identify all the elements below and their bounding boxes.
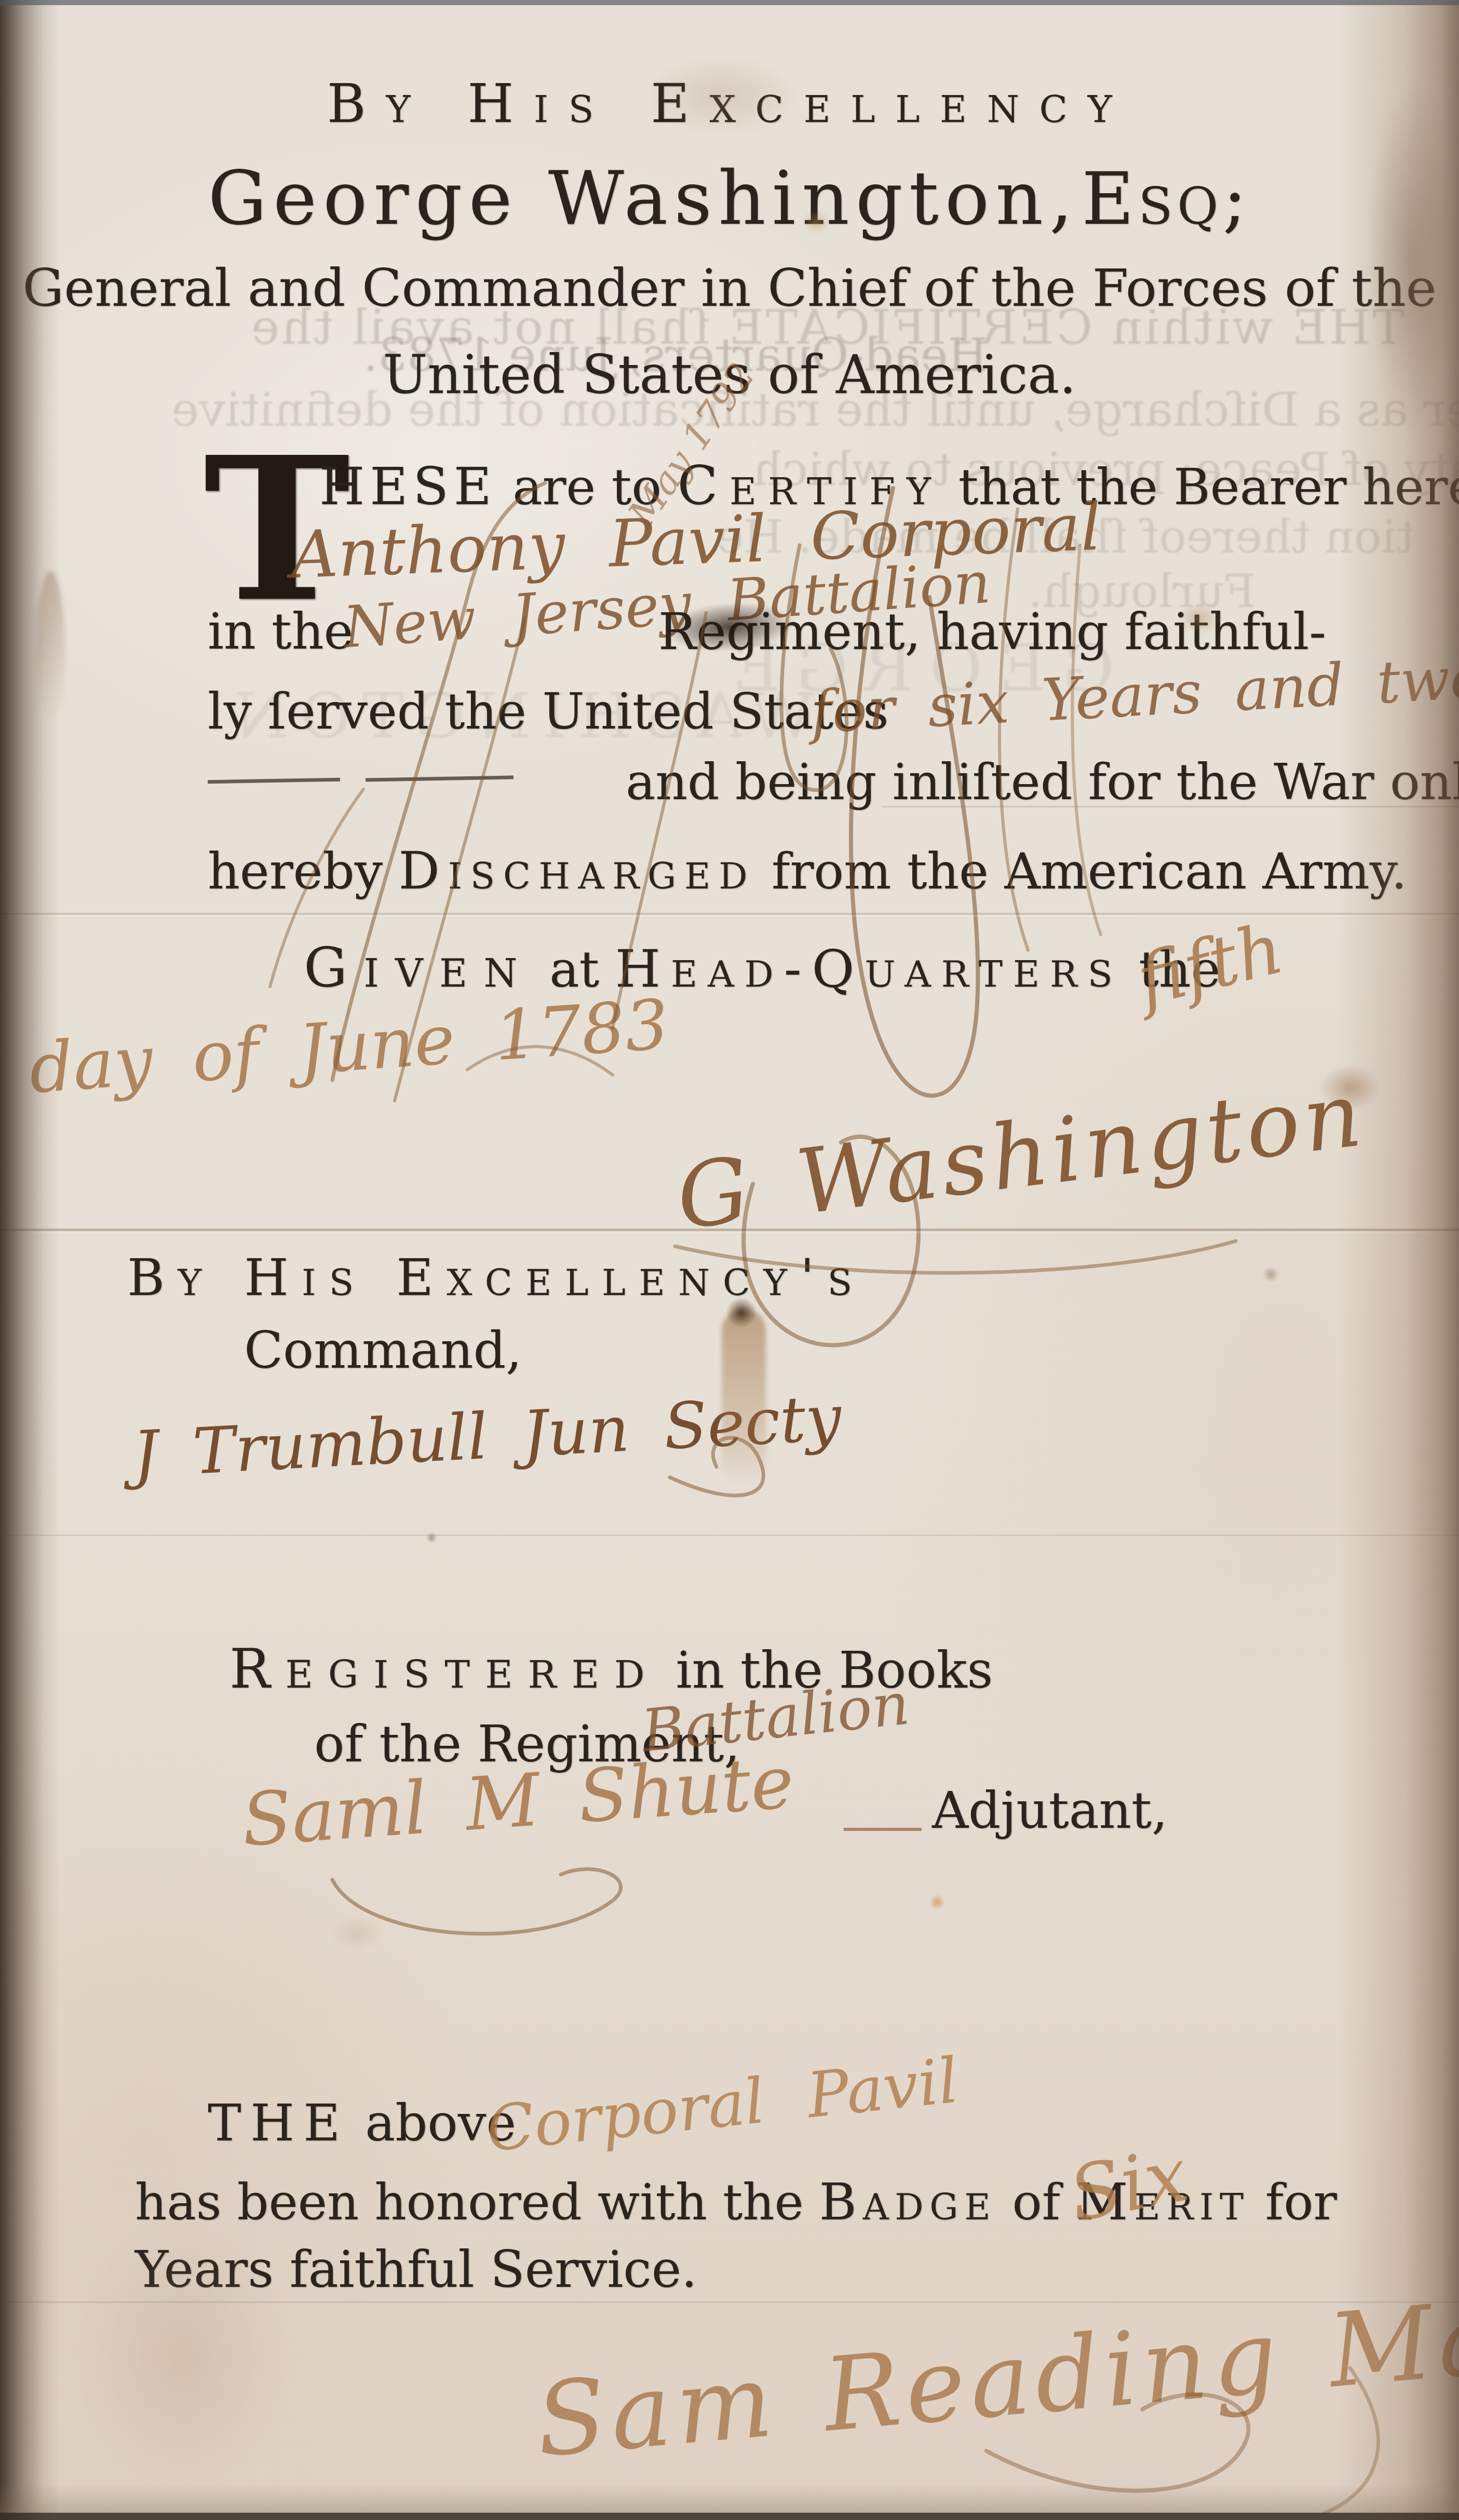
fold-crease	[0, 1534, 1459, 1536]
heading-george-washington: George Washington, Esq;	[0, 162, 1459, 236]
fill-in-rule	[366, 776, 514, 782]
handwritten-rank-name: Corporal Pavil	[483, 2050, 961, 2162]
heading-name: George Washington,	[208, 156, 1079, 241]
small-spot	[1262, 1267, 1280, 1282]
certify-head: HESE	[319, 456, 497, 517]
given-hq: Head-Quarters	[615, 938, 1123, 999]
faint-spot	[332, 1916, 382, 1950]
washington-signature: G Washington	[672, 1069, 1370, 1242]
handwritten-date-line: day of June 1783	[27, 990, 671, 1103]
page-edge-right-shadow	[1366, 78, 1459, 441]
the-word: THE	[208, 2094, 349, 2152]
orange-fleck	[929, 1894, 945, 1910]
for-word: for	[1250, 2174, 1337, 2231]
fleck	[426, 1532, 437, 1543]
discharge-certificate-document: Head-Quarters, June 1783. THE within CER…	[0, 0, 1459, 2520]
by-his-excellencys-line: By His Excellency's	[127, 1252, 866, 1303]
signature-dash	[844, 1828, 922, 1831]
page-edge-bottom-fade	[0, 2484, 1459, 2513]
served-line: ly ſerved the United States	[208, 686, 888, 736]
command-label: Command,	[244, 1325, 522, 1376]
discharged-line: hereby Discharged from the American Army…	[208, 845, 1407, 897]
page-edge-left	[0, 0, 60, 2520]
fill-in-rule	[208, 778, 340, 784]
discharged-pre: hereby	[208, 842, 399, 900]
secretary-signature: J Trumbull Jun Secty	[131, 1386, 843, 1486]
discharged-tail: from the American Army.	[755, 842, 1407, 900]
badge-word: Badge	[819, 2173, 996, 2232]
adjutant-label: Adjutant,	[932, 1785, 1168, 1836]
discharged-word: Discharged	[399, 841, 756, 901]
given-line: Given at Head-Quarters the	[304, 941, 1220, 995]
page-edge-top	[0, 0, 1459, 5]
in-the-label: in the	[208, 607, 353, 656]
service-line: Years faithful Service.	[135, 2244, 697, 2295]
handwritten-years-count: Six	[1063, 2137, 1194, 2233]
honored-pre: has been honored with the	[135, 2174, 819, 2231]
given-word: Given	[304, 936, 534, 1000]
registered-word: Registered	[229, 1637, 660, 1701]
the-above-line: THE above	[208, 2098, 516, 2148]
inlisted-line: and being inliſted for the War only, is	[626, 757, 1459, 807]
heading-by-his-excellency: By His Excellency	[0, 78, 1459, 131]
page-edge-bottom	[0, 2513, 1459, 2520]
handwritten-day-ordinal: fifth	[1131, 913, 1290, 1016]
heading-esq: Esq;	[1082, 157, 1251, 241]
of-word: of	[996, 2174, 1076, 2231]
major-signature: Sam Reading Maj	[532, 2283, 1459, 2471]
heading-general-line: General and Commander in Chief of the Fo…	[0, 262, 1459, 314]
